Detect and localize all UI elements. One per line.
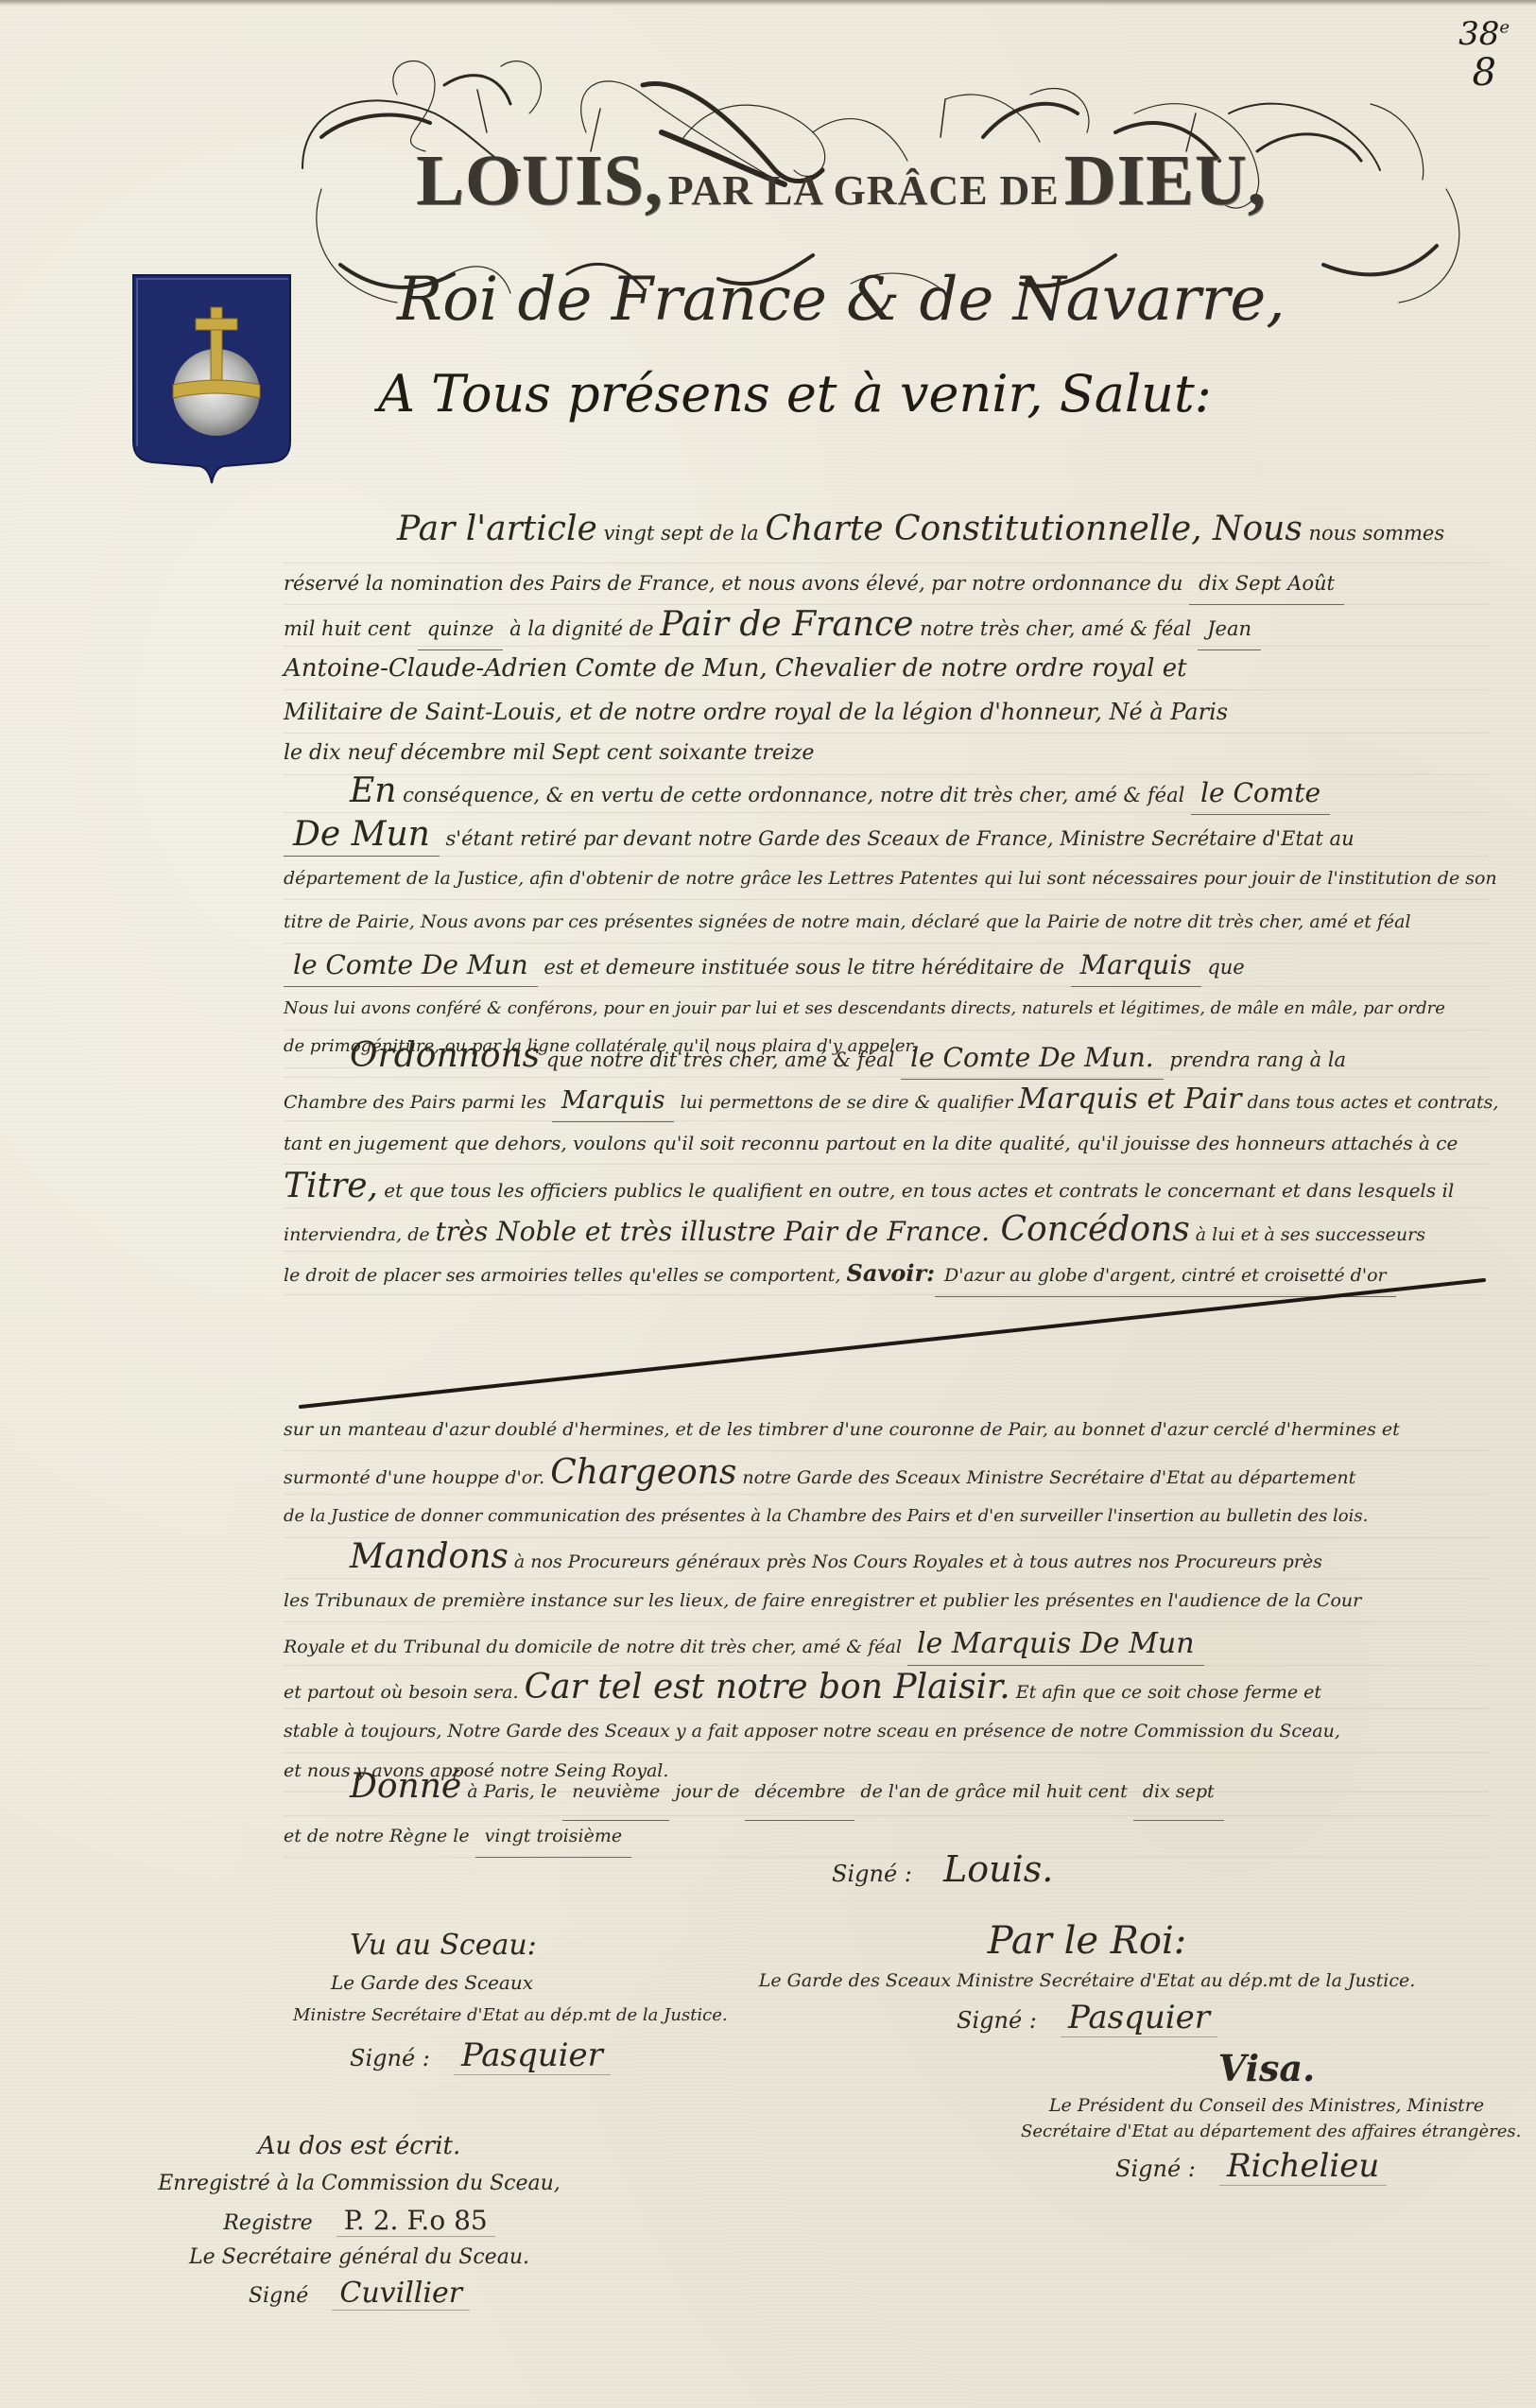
document-title: LOUIS, PAR LA GRÂCE DE DIEU, <box>369 140 1314 222</box>
folio-number-value: 38 <box>1458 15 1499 53</box>
text-line: Titre, et que tous les officiers publics… <box>284 1166 1489 1208</box>
title-par-la-grace: PAR LA GRÂCE DE <box>668 167 1060 214</box>
text-line: Antoine-Claude-Adrien Comte de Mun, Chev… <box>284 648 1489 690</box>
folio-mark: 8 <box>1458 52 1496 94</box>
text-line: Donné à Paris, le neuvième jour de décem… <box>284 1758 1489 1816</box>
signature-par-le-roi: Par le Roi: Le Garde des Sceaux Ministre… <box>756 1919 1418 2036</box>
text-line: De Mun s'étant retiré par devant notre G… <box>284 814 1489 857</box>
registration-au-dos: Au dos est écrit. Enregistré à la Commis… <box>123 2132 595 2310</box>
folio-suffix: e <box>1499 18 1510 38</box>
text-line: les Tribunaux de première instance sur l… <box>284 1580 1489 1622</box>
text-line: réservé la nomination des Pairs de Franc… <box>284 563 1489 605</box>
diagonal-divider-line <box>284 1276 1493 1409</box>
text-line: surmonté d'une houppe d'or. Chargeons no… <box>284 1452 1489 1495</box>
folio-number: 38e 8 <box>1458 17 1510 94</box>
text-line: Ordonnons que notre dit très cher, amé &… <box>284 1035 1489 1078</box>
text-line: de la Justice de donner communication de… <box>284 1496 1489 1538</box>
title-louis: LOUIS, <box>416 141 664 220</box>
text-line: et partout où besoin sera. Car tel est n… <box>284 1667 1489 1709</box>
coat-of-arms-icon <box>129 271 294 487</box>
text-line: titre de Pairie, Nous avons par ces prés… <box>284 901 1489 944</box>
text-line: interviendra, de très Noble et très illu… <box>284 1209 1489 1252</box>
signature-vu-au-sceau: Vu au Sceau: Le Garde des Sceaux Ministr… <box>293 1929 766 2074</box>
text-line: département de la Justice, afin d'obteni… <box>284 858 1489 900</box>
subtitle-roi-de-france: Roi de France & de Navarre, <box>397 265 1437 335</box>
text-line: tant en jugement que dehors, voulons qu'… <box>284 1122 1489 1165</box>
signature-king: Signé : Louis. <box>832 1848 1061 1890</box>
text-line: Chambre des Pairs parmi les Marquis lui … <box>284 1079 1489 1121</box>
text-line: le Comte De Mun est et demeure instituée… <box>284 944 1489 987</box>
text-line: mil huit cent quinze à la dignité de Pai… <box>284 604 1489 647</box>
page-edge <box>0 0 1536 6</box>
title-dieu: DIEU, <box>1064 141 1267 220</box>
text-line: Royale et du Tribunal du domicile de not… <box>284 1623 1489 1666</box>
text-line: Militaire de Saint-Louis, et de notre or… <box>284 691 1489 734</box>
text-line: le dix neuf décembre mil Sept cent soixa… <box>284 733 1489 775</box>
text-line: Par l'article vingt sept de la Charte Co… <box>284 496 1489 563</box>
text-line: Mandons à nos Procureurs généraux près N… <box>284 1536 1489 1579</box>
text-line: sur un manteau d'azur doublé d'hermines,… <box>284 1409 1489 1451</box>
text-line: stable à toujours, Notre Garde des Sceau… <box>284 1710 1489 1753</box>
text-line: Nous lui avons conféré & conférons, pour… <box>284 988 1489 1031</box>
salutation: A Tous présens et à venir, Salut: <box>378 364 1418 424</box>
text-line: En conséquence, & en vertu de cette ordo… <box>284 771 1489 813</box>
signature-visa: Visa. Le Président du Conseil des Minist… <box>1021 2047 1512 2185</box>
